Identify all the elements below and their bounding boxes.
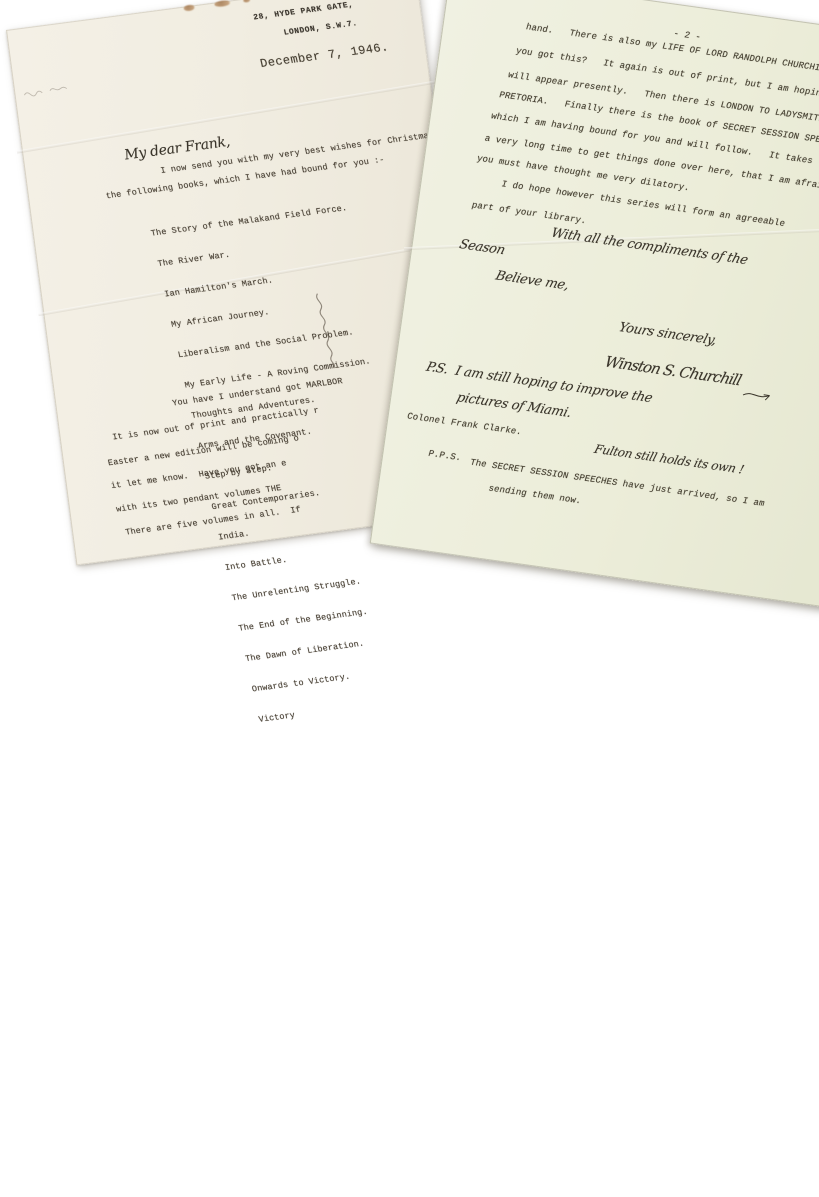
letter-date: December 7, 1946. <box>259 40 390 71</box>
handwritten-yours-sincerely: Yours sincerely, <box>617 320 718 348</box>
page-number: - 2 - <box>672 29 702 43</box>
postscript-line2: pictures of Miami. <box>455 390 573 421</box>
body-line: part of your library. <box>470 200 587 226</box>
book-list-item: The Story of the Malakand Field Force. <box>150 203 348 240</box>
fulton-note: Fulton still holds its own ! <box>593 442 746 477</box>
addressee: Colonel Frank Clarke. <box>406 412 523 438</box>
pps-line2: sending them now. <box>487 484 582 507</box>
pps-label: P.P.S. <box>427 449 462 463</box>
book-list-item: The Dawn of Liberation. <box>244 628 442 665</box>
book-list-item: The Unrelenting Struggle. <box>231 568 429 605</box>
handwritten-compliments-line2: Season <box>457 237 506 258</box>
pencil-note-icon <box>22 83 70 99</box>
handwritten-valediction: Believe me, <box>494 269 571 294</box>
book-list-item: The End of the Beginning. <box>238 598 436 635</box>
book-list-item: Ian Hamilton's March. <box>163 264 361 301</box>
photo-of-letters: 28, HYDE PARK GATE, LONDON, S.W.7. Decem… <box>0 0 819 1197</box>
signature-flourish-icon <box>741 386 779 404</box>
book-list-item: Onwards to Victory. <box>251 659 449 696</box>
book-list-item: Victory <box>258 689 456 726</box>
book-list-item: The River War. <box>157 233 355 270</box>
handwritten-compliments-line1: With all the compliments of the <box>549 226 749 268</box>
letter-page-2: - 2 - hand. There is also my LIFE OF LOR… <box>370 0 819 609</box>
signature: Winston S. Churchill <box>603 353 743 389</box>
book-list-item: My African Journey. <box>170 294 368 331</box>
